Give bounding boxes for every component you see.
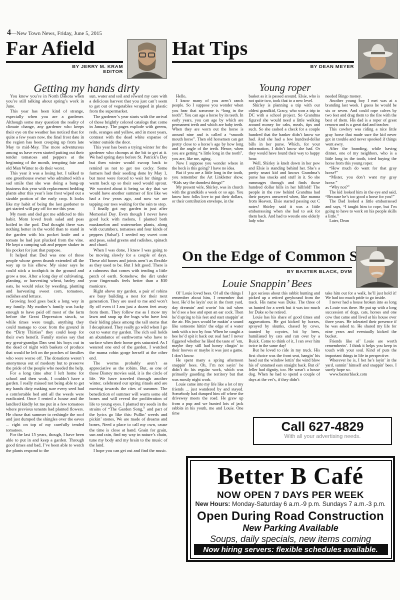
far-afield-byline: BY JERRY M. KRAM EDITOR: [6, 65, 123, 76]
article-hat-tips-header: Hat Tips BY DEAN MEYER Young roper: [172, 39, 398, 94]
jerry-kram-portrait-illustration: [128, 40, 166, 78]
cafe-hours-label: New Hours:: [195, 501, 230, 508]
far-afield-title: Far Afield: [6, 39, 123, 59]
hat-tips-column-2: basket as it is passed around. Elsie, wh…: [249, 94, 320, 244]
far-afield-rule: [6, 61, 123, 63]
newspaper-page: { "folio": { "page_number": "4", "issue_…: [0, 0, 400, 600]
cafe-parking-line: New Parking Available: [191, 523, 391, 534]
common-sense-byline: BY BAXTER BLACK, DVM: [182, 270, 352, 276]
article-far-afield-header: Far Afield BY JERRY M. KRAM EDITOR Getti…: [6, 39, 167, 95]
cafe-hiring-banner: Now hiring servers: flexible schedules a…: [194, 544, 388, 555]
baxter-black-portrait-illustration: [357, 247, 397, 287]
cafe-ad-inner-border: Better B Café NOW OPEN 7 DAYS PER WEEK N…: [190, 460, 392, 559]
baxter-black-photo: [356, 246, 398, 288]
hat-tips-subtitle: Young roper: [172, 83, 398, 94]
article-common-sense-header: On the Edge of Common Sense BY BAXTER BL…: [172, 246, 398, 290]
hat-tips-byline: BY DEAN MEYER: [172, 65, 354, 71]
common-sense-rule: [182, 267, 352, 268]
dean-meyer-photo: [358, 39, 398, 79]
common-sense-subtitle: Louie Snappin’ Bees: [182, 278, 352, 290]
cafe-hours-value: Monday-Saturday 6 a.m.-9 p.m. Sundays 7 …: [230, 501, 385, 508]
jerry-kram-photo: [127, 39, 167, 79]
cafe-specials-line: Soups, daily specials, new items coming: [191, 534, 391, 545]
better-b-cafe-ad: Better B Café NOW OPEN 7 DAYS PER WEEK N…: [186, 456, 395, 562]
cafe-road-construction-line: Open During Road Construction: [191, 510, 391, 524]
cafe-open-line: NOW OPEN 7 DAYS PER WEEK: [191, 490, 391, 501]
hat-tips-rule: [172, 61, 354, 63]
folio-issue: —New Town News, Friday, June 5, 2015: [11, 31, 102, 37]
hat-tips-body: Hello,I know many of you aren’t ranch pe…: [172, 94, 398, 244]
folio-line: 4—New Town News, Friday, June 5, 2015: [7, 28, 102, 37]
common-sense-column-1: Ol’ Louie loved bees. Of all the things …: [172, 291, 243, 457]
far-afield-column-1: You know you’re in North Dakota when you…: [6, 94, 84, 546]
dean-meyer-portrait-illustration: [359, 40, 397, 78]
far-afield-column-2: sun, water and soil and reward my care w…: [89, 94, 167, 546]
cafe-name: Better B Café: [191, 464, 391, 490]
advertising-phone-number: Call 627-4829: [254, 419, 391, 434]
hat-tips-column-3: needed Bingo money.Another young boy I m…: [325, 94, 396, 244]
hat-tips-title: Hat Tips: [172, 39, 354, 59]
advertising-tagline: With all your advertising needs.: [254, 434, 391, 440]
far-afield-body: You know you’re in North Dakota when you…: [6, 94, 168, 546]
advertising-call-box: Call 627-4829 With all your advertising …: [253, 417, 392, 445]
common-sense-title: On the Edge of Common Sense: [182, 249, 352, 265]
cafe-hours-line: New Hours: Monday-Saturday 6 a.m.-9 p.m.…: [191, 501, 391, 509]
hat-tips-column-1: Hello,I know many of you aren’t ranch pe…: [172, 94, 243, 244]
